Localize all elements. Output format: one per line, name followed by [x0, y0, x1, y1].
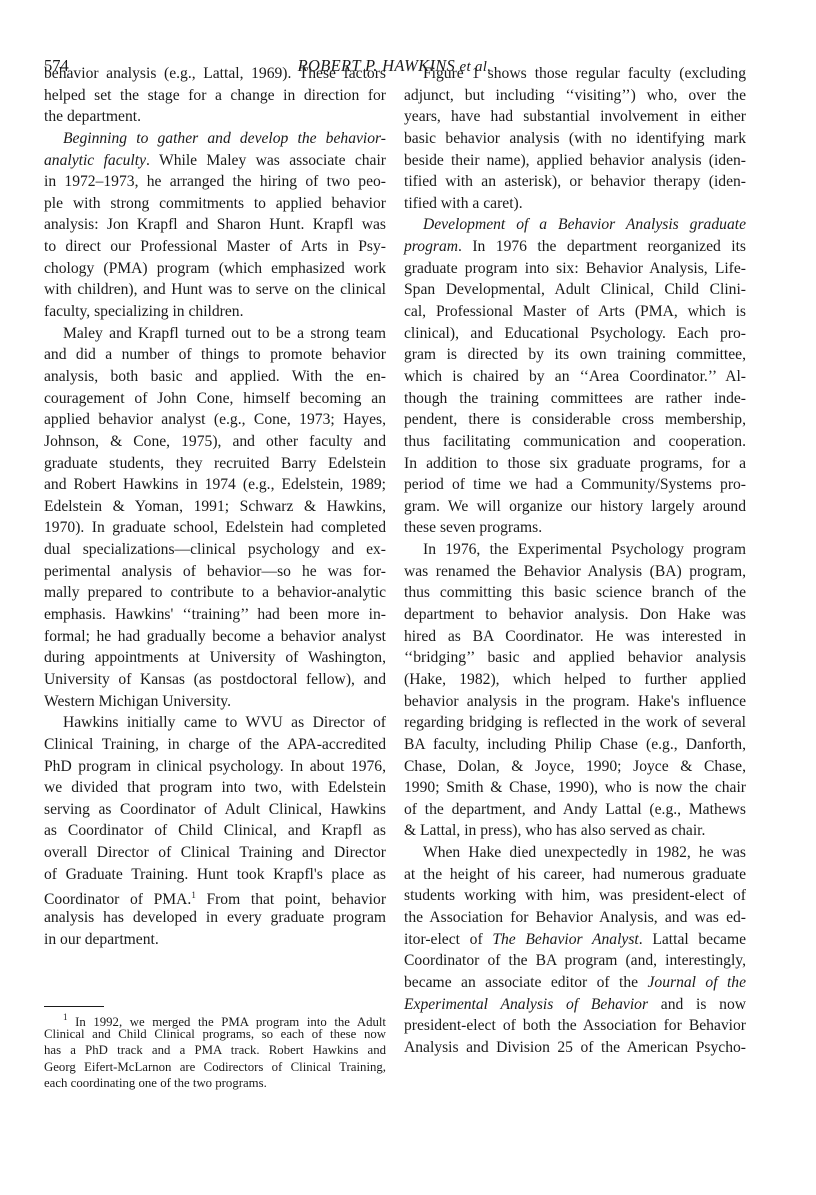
text-line: faculty, specializing in children.: [44, 301, 386, 323]
text-line: itor-elect of The Behavior Analyst. Latt…: [404, 929, 746, 951]
text-line: helped set the stage for a change in dir…: [44, 85, 386, 107]
text-line: Analysis and Division 25 of the American…: [404, 1037, 746, 1059]
text-line: & Lattal, in press), who has also served…: [404, 820, 746, 842]
text-line: thus facilitating communication and coop…: [404, 431, 746, 453]
left-column: behavior analysis (e.g., Lattal, 1969). …: [44, 63, 386, 950]
text-line: though the training committees are rathe…: [404, 388, 746, 410]
section-heading-cont: analytic faculty: [44, 152, 146, 169]
text-line: Span Developmental, Adult Clinical, Chil…: [404, 279, 746, 301]
text-line: When Hake died unexpectedly in 1982, he …: [404, 842, 746, 864]
footnote-divider: [44, 1006, 104, 1007]
text-line: overall Director of Clinical Training an…: [44, 842, 386, 864]
text-line: PhD program in clinical psychology. In a…: [44, 756, 386, 778]
text-line: which is chaired by an ‘‘Area Coordinato…: [404, 366, 746, 388]
text-line: In addition to those six graduate progra…: [404, 453, 746, 475]
text-line: during appointments at University of Was…: [44, 647, 386, 669]
section-heading-cont: program: [404, 238, 458, 255]
text-line: behavior analysis (e.g., Lattal, 1969). …: [44, 63, 386, 85]
text-line: In 1976, the Experimental Psychology pro…: [404, 539, 746, 561]
text-line: tified with an asterisk), or behavior th…: [404, 171, 746, 193]
text-line: and Robert Hawkins in 1974 (e.g., Edelst…: [44, 474, 386, 496]
text-line: Experimental Analysis of Behavior and is…: [404, 994, 746, 1016]
text-line: analysis, both basic and applied. With t…: [44, 366, 386, 388]
text-line: pendent, there is considerable cross mem…: [404, 409, 746, 431]
text-line: Maley and Krapfl turned out to be a stro…: [44, 323, 386, 345]
footnote-line: Clinical and Child Clinical programs, so…: [44, 1026, 386, 1043]
text-line: president-elect of both the Association …: [404, 1015, 746, 1037]
text-line: beside their name), applied behavior ana…: [404, 150, 746, 172]
text-line: gram is directed by its own training com…: [404, 344, 746, 366]
text-line: program. In 1976 the department reorgani…: [404, 236, 746, 258]
text-line: mally prepared to contribute to a behavi…: [44, 582, 386, 604]
text-line: became an associate editor of the Journa…: [404, 972, 746, 994]
journal-title: The Behavior Analyst: [492, 931, 638, 948]
section-heading: Development of a Behavior Analysis gradu…: [404, 214, 746, 236]
text-line: formal; he had gradually become a behavi…: [44, 626, 386, 648]
text-line: 1990; Smith & Chase, 1990), who is now t…: [404, 777, 746, 799]
text-line: Hawkins initially came to WVU as Directo…: [44, 712, 386, 734]
text-line: ple with strong commitments to applied b…: [44, 193, 386, 215]
text-line: of the department, and Andy Lattal (e.g.…: [404, 799, 746, 821]
text-line: the department.: [44, 106, 386, 128]
text-line: 1970). In graduate school, Edelstein had…: [44, 517, 386, 539]
text-line: Western Michigan University.: [44, 691, 386, 713]
footnote: 1 In 1992, we merged the PMA program int…: [44, 1009, 386, 1092]
section-heading: Beginning to gather and develop the beha…: [44, 128, 386, 150]
text-line: at the height of his career, had numerou…: [404, 864, 746, 886]
text-line: adjunct, but including ‘‘visiting’’) who…: [404, 85, 746, 107]
text-line: Johnson, & Cone, 1975), and other facult…: [44, 431, 386, 453]
journal-title: Experimental Analysis of Behavior: [404, 996, 648, 1013]
text-line: we divided that program into two, with E…: [44, 777, 386, 799]
text-line: as Coordinator of Child Clinical, and Kr…: [44, 820, 386, 842]
text-line: gram. We will organize our history large…: [404, 496, 746, 518]
text-line: the Association for Behavior Analysis, a…: [404, 907, 746, 929]
text-line: and did a number of things to promote be…: [44, 344, 386, 366]
text-line: in 1972–1973, he arranged the hiring of …: [44, 171, 386, 193]
text-line: clinical), and Educational Psychology. E…: [404, 323, 746, 345]
text-line: Chase, Dolan, & Joyce, 1990; Joyce & Cha…: [404, 756, 746, 778]
text-line: of Graduate Training. Hunt took Krapfl's…: [44, 864, 386, 886]
text-line: Coordinator of PMA.1 From that point, be…: [44, 885, 386, 907]
text-line: basic behavior analysis (with no identif…: [404, 128, 746, 150]
footnote-line: has a PhD track and a PMA track. Robert …: [44, 1042, 386, 1059]
text-line: Figure 1 shows those regular faculty (ex…: [404, 63, 746, 85]
text-line: period of time we had a Community/System…: [404, 474, 746, 496]
text-line: analysis: Jon Krapfl and Sharon Hunt. Kr…: [44, 214, 386, 236]
text-line: BA faculty, including Philip Chase (e.g.…: [404, 734, 746, 756]
text-line: University of Kansas (as postdoctoral fe…: [44, 669, 386, 691]
footnote-line: 1 In 1992, we merged the PMA program int…: [44, 1009, 386, 1026]
footnote-line: Georg Eifert-McLarnon are Codirectors of…: [44, 1059, 386, 1076]
text-line: Edelstein & Yoman, 1991; Schwarz & Hawki…: [44, 496, 386, 518]
text-line: graduate students, they recruited Barry …: [44, 453, 386, 475]
text-line: serving as Coordinator of Adult Clinical…: [44, 799, 386, 821]
text-line: cal, Professional Master of Arts (PMA, w…: [404, 301, 746, 323]
text-line: in our department.: [44, 929, 386, 951]
text-line: analytic faculty. While Maley was associ…: [44, 150, 386, 172]
text-line: with children), and Hunt was to serve on…: [44, 279, 386, 301]
text-line: couragement of John Cone, himself becomi…: [44, 388, 386, 410]
text-line: (Hake, 1982), which helped to further ap…: [404, 669, 746, 691]
text-line: hired as BA Coordinator. He was interest…: [404, 626, 746, 648]
text-line: chology (PMA) program (which emphasized …: [44, 258, 386, 280]
journal-title: Journal of the: [647, 974, 746, 991]
text-line: Clinical Training, in charge of the APA-…: [44, 734, 386, 756]
text-line: applied behavior analyst (e.g., Cone, 19…: [44, 409, 386, 431]
text-line: graduate program into six: Behavior Anal…: [404, 258, 746, 280]
text-line: these seven programs.: [404, 517, 746, 539]
right-column: Figure 1 shows those regular faculty (ex…: [404, 63, 746, 1058]
text-line: behavior analysis in the program. Hake's…: [404, 691, 746, 713]
text-line: thus committing this basic science branc…: [404, 582, 746, 604]
text-line: dual specializations—clinical psychology…: [44, 539, 386, 561]
text-line: regarding bridging is reflected in the w…: [404, 712, 746, 734]
text-line: perimental analysis of behavior—so he wa…: [44, 561, 386, 583]
text-line: years, have had substantial involvement …: [404, 106, 746, 128]
text-line: Coordinator of the BA program (and, inte…: [404, 950, 746, 972]
footnote-line: each coordinating one of the two program…: [44, 1075, 386, 1092]
text-line: emphasis. Hawkins' ‘‘training’’ had been…: [44, 604, 386, 626]
text-line: ‘‘bridging’’ basic and applied behavior …: [404, 647, 746, 669]
text-line: students working with him, was president…: [404, 885, 746, 907]
text-line: to direct our Professional Master of Art…: [44, 236, 386, 258]
text-line: was renamed the Behavior Analysis (BA) p…: [404, 561, 746, 583]
text-line: analysis has developed in every graduate…: [44, 907, 386, 929]
text-line: tified with a caret).: [404, 193, 746, 215]
text-line: department to behavior analysis. Don Hak…: [404, 604, 746, 626]
